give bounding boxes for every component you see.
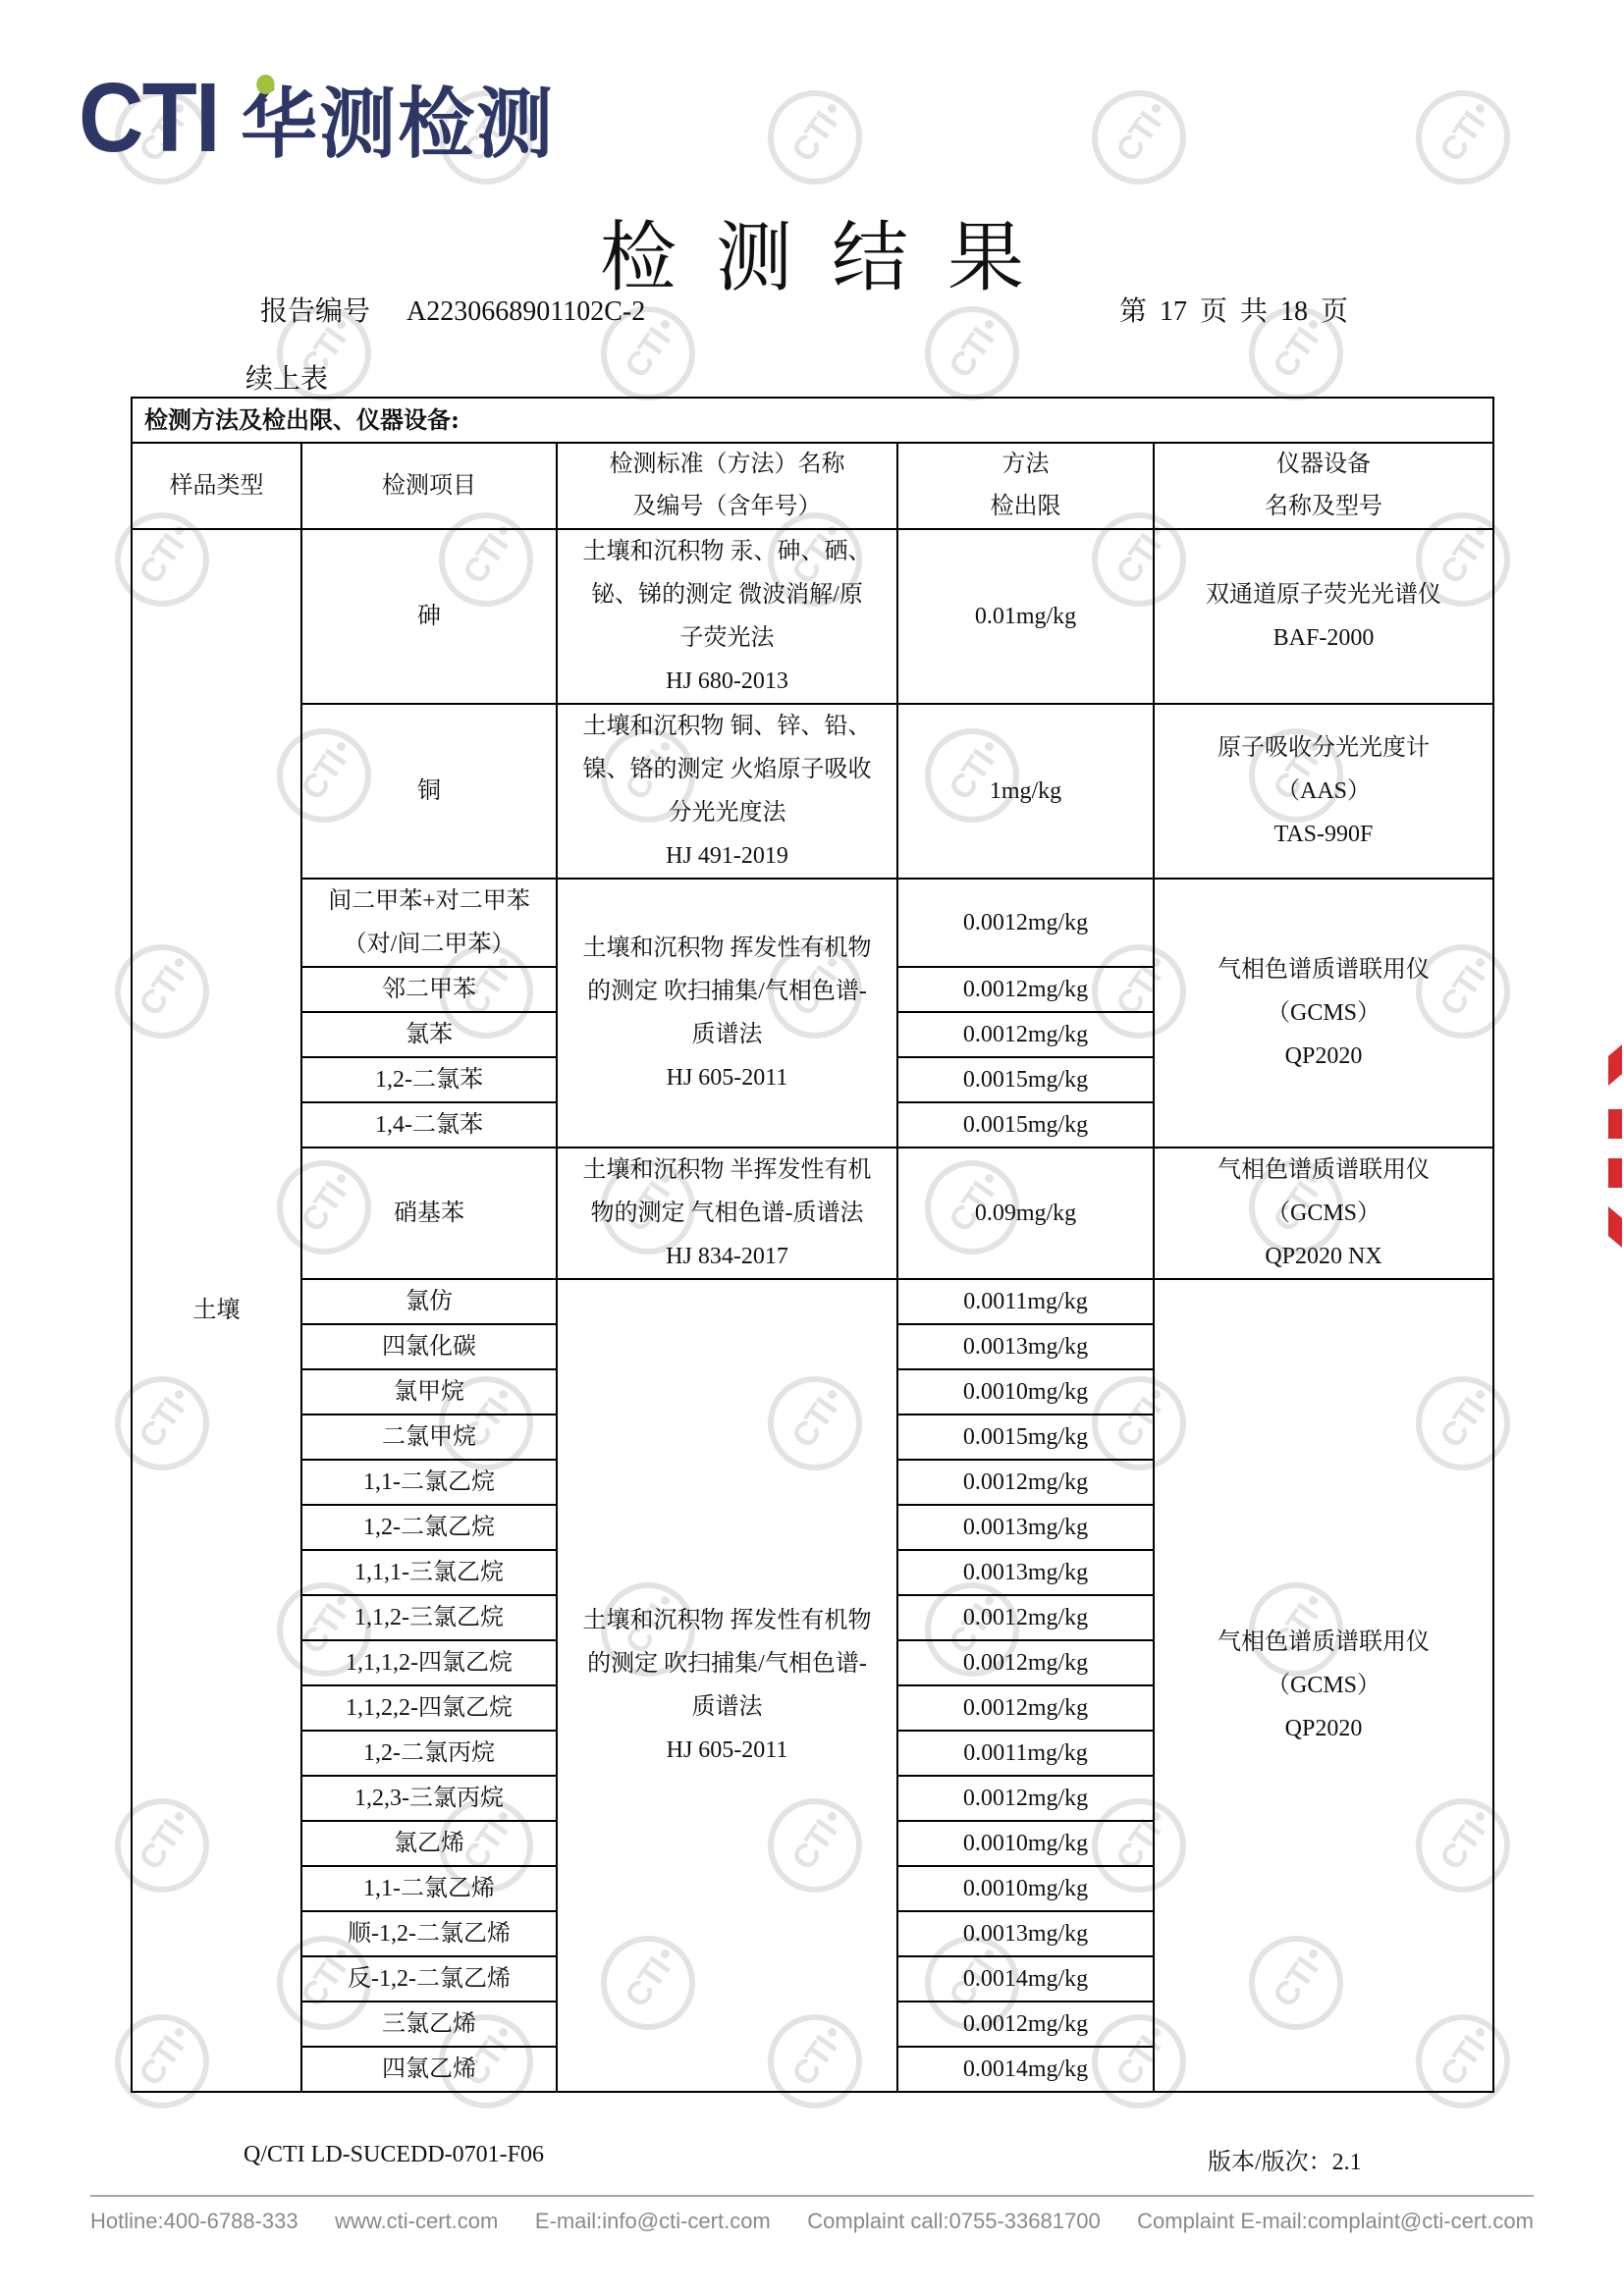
instrument-line: 双通道原子荧光光谱仪 xyxy=(1161,573,1487,616)
instrument-line: （GCMS） xyxy=(1161,1664,1487,1707)
detection-limit-cell: 0.0012mg/kg xyxy=(897,2002,1154,2047)
table-row: 间二甲苯+对二甲苯（对/间二甲苯）土壤和沉积物 挥发性有机物的测定 吹扫捕集/气… xyxy=(132,879,1493,967)
item-cell: 邻二甲苯 xyxy=(301,967,557,1012)
item-name: 1,1,1-三氯乙烷 xyxy=(308,1551,550,1594)
report-number-value: A2230668901102C-2 xyxy=(406,296,645,327)
instrument-line: 气相色谱质谱联用仪 xyxy=(1161,948,1487,991)
footer-contact-item: Hotline:400-6788-333 xyxy=(90,2209,298,2234)
standard-line: 子荧光法 xyxy=(564,616,891,660)
instrument-line: 气相色谱质谱联用仪 xyxy=(1161,1621,1487,1664)
standard-line: 的测定 吹扫捕集/气相色谱- xyxy=(564,1642,891,1685)
sample-type-cell: 土壤 xyxy=(132,529,301,2092)
instrument-line: QP2020 xyxy=(1161,1035,1487,1078)
item-cell: 三氯乙烯 xyxy=(301,2002,557,2047)
form-code: Q/CTI LD-SUCEDD-0701-F06 xyxy=(244,2142,544,2168)
footer-contact-item: Complaint E-mail:complaint@cti-cert.com xyxy=(1137,2209,1534,2234)
item-cell: 1,1-二氯乙烯 xyxy=(301,1866,557,1911)
item-cell: 1,2-二氯苯 xyxy=(301,1057,557,1102)
standard-line: 质谱法 xyxy=(564,1685,891,1729)
detection-limit-cell: 0.01mg/kg xyxy=(897,529,1154,704)
item-name: 氯甲烷 xyxy=(308,1370,550,1414)
version-label: 版本/版次：2.1 xyxy=(1208,2142,1362,2176)
header-item: 检测项目 xyxy=(301,443,557,529)
item-name: 氯苯 xyxy=(308,1013,550,1056)
item-name: 氯乙烯 xyxy=(308,1822,550,1865)
item-name: 1,2,3-三氯丙烷 xyxy=(308,1777,550,1820)
item-cell: 四氯乙烯 xyxy=(301,2047,557,2092)
company-logo: CTI 华测检测 xyxy=(79,61,555,167)
cti-watermark-icon: CTI xyxy=(768,90,862,185)
item-cell: 1,1,2-三氯乙烷 xyxy=(301,1595,557,1640)
item-cell: 1,2-二氯丙烷 xyxy=(301,1731,557,1776)
item-name: 1,1,2,2-四氯乙烷 xyxy=(308,1686,550,1730)
header-standard-line1: 检测标准（方法）名称 xyxy=(564,444,891,486)
footer-contacts: Hotline:400-6788-333www.cti-cert.comE-ma… xyxy=(90,2209,1534,2234)
continued-label: 续上表 xyxy=(245,357,328,397)
item-name: 1,1-二氯乙烯 xyxy=(308,1867,550,1910)
cti-watermark-icon: CTI xyxy=(925,306,1019,400)
detection-methods-table: 检测方法及检出限、仪器设备: 样品类型 检测项目 检测标准（方法）名称 及编号（… xyxy=(131,397,1494,2093)
standard-line: 分光光度法 xyxy=(564,791,891,834)
item-cell: 砷 xyxy=(301,529,557,704)
standard-line: 铋、锑的测定 微波消解/原 xyxy=(564,573,891,616)
logo-green-dot-icon xyxy=(256,75,274,94)
item-cell: 1,1,2,2-四氯乙烷 xyxy=(301,1685,557,1731)
page-title: 检测结果 xyxy=(0,196,1624,306)
standard-line: 物的测定 气相色谱-质谱法 xyxy=(564,1192,891,1235)
detection-limit-cell: 0.0013mg/kg xyxy=(897,1911,1154,1956)
detection-limit-cell: 0.0015mg/kg xyxy=(897,1102,1154,1148)
item-name: 二氯甲烷 xyxy=(308,1415,550,1459)
item-cell: 硝基苯 xyxy=(301,1148,557,1279)
instrument-cell: 气相色谱质谱联用仪（GCMS）QP2020 xyxy=(1154,1279,1493,2092)
footer-contact-item: www.cti-cert.com xyxy=(335,2209,498,2234)
instrument-line: QP2020 xyxy=(1161,1707,1487,1750)
item-name: 硝基苯 xyxy=(308,1192,550,1235)
standard-cell: 土壤和沉积物 铜、锌、铅、镍、铬的测定 火焰原子吸收分光光度法HJ 491-20… xyxy=(557,704,897,879)
detection-limit-cell: 0.0010mg/kg xyxy=(897,1821,1154,1866)
standard-line: 土壤和沉积物 铜、锌、铅、 xyxy=(564,705,891,748)
detection-limit-cell: 0.0013mg/kg xyxy=(897,1505,1154,1550)
item-cell: 铜 xyxy=(301,704,557,879)
item-cell: 1,2-二氯乙烷 xyxy=(301,1505,557,1550)
detection-limit-cell: 0.0012mg/kg xyxy=(897,1685,1154,1731)
logo-chinese-text: 华测检测 xyxy=(241,86,555,167)
instrument-line: 气相色谱质谱联用仪 xyxy=(1161,1148,1487,1192)
item-name: 1,2-二氯苯 xyxy=(308,1058,550,1101)
report-number: 报告编号 A2230668901102C-2 xyxy=(260,290,645,329)
item-name: 铜 xyxy=(308,770,550,813)
standard-line: HJ 605-2011 xyxy=(564,1056,891,1099)
item-cell: 1,1,1-三氯乙烷 xyxy=(301,1550,557,1595)
standard-line: 土壤和沉积物 挥发性有机物 xyxy=(564,1599,891,1642)
detection-limit-cell: 0.0014mg/kg xyxy=(897,2047,1154,2092)
detection-limit-cell: 0.0012mg/kg xyxy=(897,1595,1154,1640)
table-header-row: 样品类型 检测项目 检测标准（方法）名称 及编号（含年号） 方法 检出限 仪器设… xyxy=(132,443,1493,529)
standard-line: 土壤和沉积物 挥发性有机物 xyxy=(564,927,891,970)
header-standard-line2: 及编号（含年号） xyxy=(564,486,891,528)
item-name: 1,1,2-三氯乙烷 xyxy=(308,1596,550,1639)
detection-limit-cell: 0.09mg/kg xyxy=(897,1148,1154,1279)
table-row: 氯仿土壤和沉积物 挥发性有机物的测定 吹扫捕集/气相色谱-质谱法HJ 605-2… xyxy=(132,1279,1493,1324)
item-cell: 四氯化碳 xyxy=(301,1324,557,1369)
table-row: 硝基苯土壤和沉积物 半挥发性有机物的测定 气相色谱-质谱法HJ 834-2017… xyxy=(132,1148,1493,1279)
detection-limit-cell: 0.0010mg/kg xyxy=(897,1369,1154,1415)
item-name: 1,2-二氯丙烷 xyxy=(308,1732,550,1775)
standard-line: 镍、铬的测定 火焰原子吸收 xyxy=(564,748,891,791)
instrument-cell: 气相色谱质谱联用仪（GCMS）QP2020 xyxy=(1154,879,1493,1148)
detection-limit-cell: 0.0012mg/kg xyxy=(897,879,1154,967)
instrument-line: TAS-990F xyxy=(1161,813,1487,856)
standard-cell: 土壤和沉积物 汞、砷、硒、铋、锑的测定 微波消解/原子荧光法HJ 680-201… xyxy=(557,529,897,704)
item-cell: 二氯甲烷 xyxy=(301,1415,557,1460)
instrument-cell: 气相色谱质谱联用仪（GCMS）QP2020 NX xyxy=(1154,1148,1493,1279)
footer-contact-item: E-mail:info@cti-cert.com xyxy=(535,2209,771,2234)
detection-limit-cell: 0.0013mg/kg xyxy=(897,1550,1154,1595)
standard-line: HJ 491-2019 xyxy=(564,834,891,878)
cti-watermark-icon: CTI xyxy=(1092,90,1186,185)
item-name: 四氯化碳 xyxy=(308,1325,550,1368)
instrument-cell: 原子吸收分光光度计（AAS）TAS-990F xyxy=(1154,704,1493,879)
standard-cell: 土壤和沉积物 半挥发性有机物的测定 气相色谱-质谱法HJ 834-2017 xyxy=(557,1148,897,1279)
detection-limit-cell: 0.0010mg/kg xyxy=(897,1866,1154,1911)
item-cell: 氯乙烯 xyxy=(301,1821,557,1866)
detection-limit-cell: 0.0011mg/kg xyxy=(897,1279,1154,1324)
item-name: 邻二甲苯 xyxy=(308,968,550,1011)
item-name: 1,1-二氯乙烷 xyxy=(308,1461,550,1504)
item-cell: 1,1,1,2-四氯乙烷 xyxy=(301,1640,557,1685)
header-limit-line1: 方法 xyxy=(904,444,1147,486)
header-limit-line2: 检出限 xyxy=(904,486,1147,528)
report-number-label: 报告编号 xyxy=(260,296,370,327)
detection-limit-cell: 0.0012mg/kg xyxy=(897,967,1154,1012)
header-instrument-line2: 名称及型号 xyxy=(1161,486,1487,528)
page-counter: 第 17 页 共 18 页 xyxy=(1119,290,1348,329)
item-name: 砷 xyxy=(308,595,550,638)
instrument-line: （GCMS） xyxy=(1161,991,1487,1035)
standard-line: HJ 834-2017 xyxy=(564,1235,891,1278)
standard-cell: 土壤和沉积物 挥发性有机物的测定 吹扫捕集/气相色谱-质谱法HJ 605-201… xyxy=(557,1279,897,2092)
detection-limit-cell: 0.0014mg/kg xyxy=(897,1956,1154,2002)
item-name: 1,1,1,2-四氯乙烷 xyxy=(308,1641,550,1684)
standard-cell: 土壤和沉积物 挥发性有机物的测定 吹扫捕集/气相色谱-质谱法HJ 605-201… xyxy=(557,879,897,1148)
cti-watermark-icon: CTI xyxy=(1416,90,1510,185)
item-cell: 顺-1,2-二氯乙烯 xyxy=(301,1911,557,1956)
detection-limit-cell: 0.0012mg/kg xyxy=(897,1640,1154,1685)
header-sample-type: 样品类型 xyxy=(132,443,301,529)
item-cell: 间二甲苯+对二甲苯（对/间二甲苯） xyxy=(301,879,557,967)
item-cell: 氯仿 xyxy=(301,1279,557,1324)
detection-limit-cell: 0.0012mg/kg xyxy=(897,1460,1154,1505)
standard-line: HJ 680-2013 xyxy=(564,660,891,703)
item-name: 1,2-二氯乙烷 xyxy=(308,1506,550,1549)
footer-divider xyxy=(90,2195,1534,2197)
item-name: 反-1,2-二氯乙烯 xyxy=(308,1957,550,2001)
detection-limit-cell: 1mg/kg xyxy=(897,704,1154,879)
item-cell: 1,2,3-三氯丙烷 xyxy=(301,1776,557,1821)
instrument-line: （AAS） xyxy=(1161,770,1487,813)
header-instrument: 仪器设备 名称及型号 xyxy=(1154,443,1493,529)
item-name: 四氯乙烯 xyxy=(308,2048,550,2091)
header-limit: 方法 检出限 xyxy=(897,443,1154,529)
red-seal-fragment xyxy=(1600,1050,1624,1247)
instrument-line: QP2020 NX xyxy=(1161,1235,1487,1278)
item-name-line2: （对/间二甲苯） xyxy=(308,923,550,966)
header-instrument-line1: 仪器设备 xyxy=(1161,444,1487,486)
table-row: 土壤砷土壤和沉积物 汞、砷、硒、铋、锑的测定 微波消解/原子荧光法HJ 680-… xyxy=(132,529,1493,704)
standard-line: 土壤和沉积物 汞、砷、硒、 xyxy=(564,530,891,573)
detection-limit-cell: 0.0013mg/kg xyxy=(897,1324,1154,1369)
item-cell: 氯苯 xyxy=(301,1012,557,1057)
table-section-title: 检测方法及检出限、仪器设备: xyxy=(132,398,1493,443)
standard-line: 土壤和沉积物 半挥发性有机 xyxy=(564,1148,891,1192)
item-name: 氯仿 xyxy=(308,1280,550,1323)
detection-limit-cell: 0.0011mg/kg xyxy=(897,1731,1154,1776)
detection-limit-cell: 0.0015mg/kg xyxy=(897,1415,1154,1460)
item-cell: 反-1,2-二氯乙烯 xyxy=(301,1956,557,2002)
item-cell: 1,1-二氯乙烷 xyxy=(301,1460,557,1505)
logo-latin-text: CTI xyxy=(79,63,219,173)
detection-limit-cell: 0.0012mg/kg xyxy=(897,1776,1154,1821)
instrument-line: 原子吸收分光光度计 xyxy=(1161,726,1487,770)
item-name: 三氯乙烯 xyxy=(308,2002,550,2046)
standard-line: HJ 605-2011 xyxy=(564,1729,891,1772)
logo-cti-wordmark: CTI xyxy=(79,69,219,167)
table-row: 铜土壤和沉积物 铜、锌、铅、镍、铬的测定 火焰原子吸收分光光度法HJ 491-2… xyxy=(132,704,1493,879)
standard-line: 的测定 吹扫捕集/气相色谱- xyxy=(564,970,891,1013)
footer-contact-item: Complaint call:0755-33681700 xyxy=(807,2209,1100,2234)
detection-limit-cell: 0.0015mg/kg xyxy=(897,1057,1154,1102)
instrument-cell: 双通道原子荧光光谱仪BAF-2000 xyxy=(1154,529,1493,704)
item-cell: 1,4-二氯苯 xyxy=(301,1102,557,1148)
item-cell: 氯甲烷 xyxy=(301,1369,557,1415)
item-name: 顺-1,2-二氯乙烯 xyxy=(308,1912,550,1955)
instrument-line: （GCMS） xyxy=(1161,1192,1487,1235)
standard-line: 质谱法 xyxy=(564,1013,891,1056)
header-standard: 检测标准（方法）名称 及编号（含年号） xyxy=(557,443,897,529)
item-name: 间二甲苯+对二甲苯 xyxy=(308,880,550,923)
instrument-line: BAF-2000 xyxy=(1161,616,1487,660)
detection-limit-cell: 0.0012mg/kg xyxy=(897,1012,1154,1057)
item-name: 1,4-二氯苯 xyxy=(308,1103,550,1147)
